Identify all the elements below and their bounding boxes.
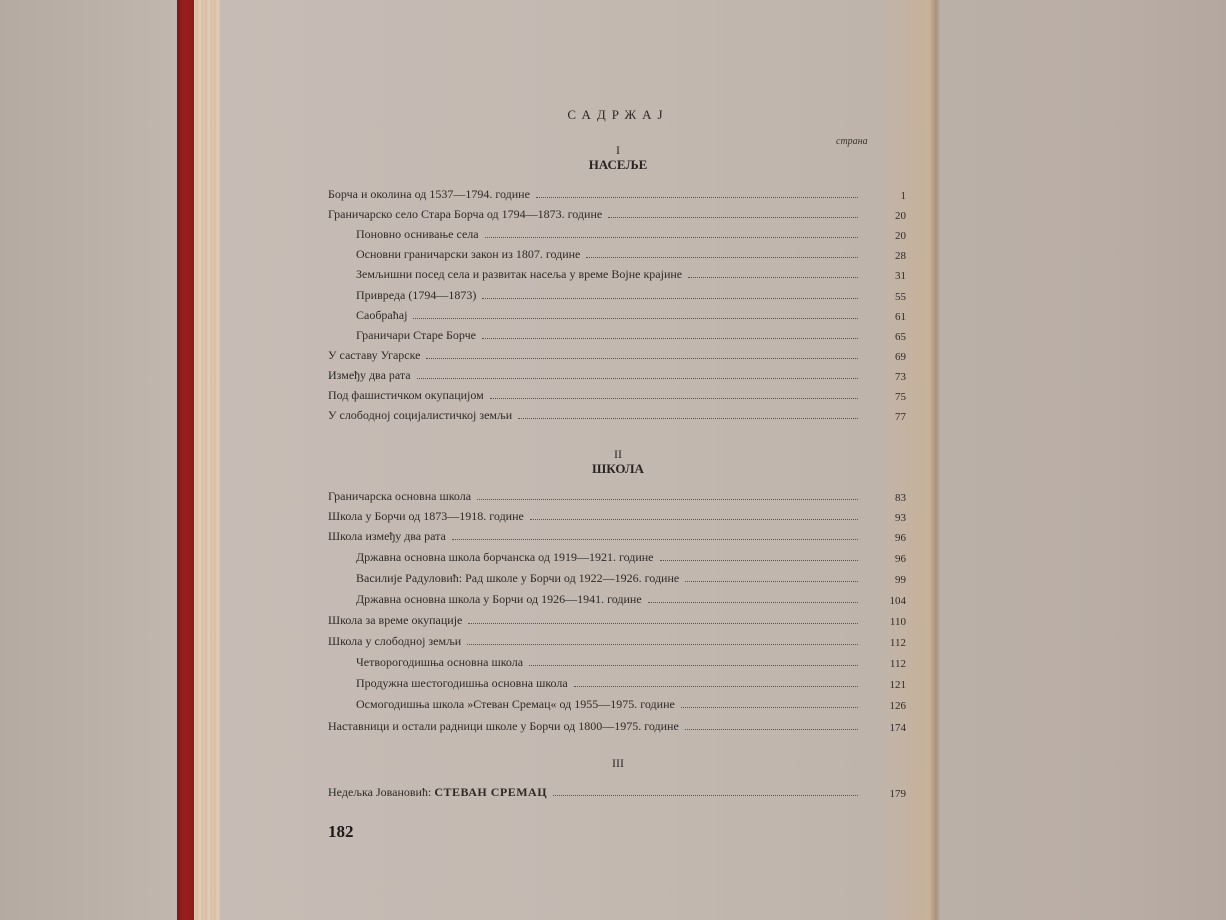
toc-entry: Државна основна школа у Борчи од 1926—19…	[328, 589, 906, 607]
toc-entry: Граничарска основна школа83	[328, 486, 906, 504]
dot-leader	[553, 794, 858, 796]
dot-leader	[518, 417, 858, 419]
dot-leader	[482, 337, 858, 339]
dot-leader	[426, 357, 858, 359]
right-page	[940, 0, 1226, 920]
toc-entry: Граничари Старе Борче65	[328, 325, 906, 343]
toc-entry: Школа између два рата96	[328, 526, 906, 544]
toc-entry: Борча и околина од 1537—1794. године1	[328, 184, 906, 202]
toc-entry: Поновно оснивање села20	[328, 224, 906, 242]
part-title: ШКОЛА	[328, 461, 908, 477]
dot-leader	[529, 664, 858, 666]
dot-leader	[452, 538, 858, 540]
toc-entry: Саобраћај61	[328, 305, 906, 323]
part-title: НАСЕЉЕ	[328, 157, 908, 173]
author-name: Недељка Јовановић:	[328, 785, 434, 799]
dot-leader	[413, 317, 858, 319]
toc-entry: У саставу Угарске69	[328, 345, 906, 363]
dot-leader	[417, 377, 858, 379]
dot-leader	[574, 685, 858, 687]
toc-entry: Школа у слободној земљи112	[328, 631, 906, 649]
toc-entry: Државна основна школа борчанска од 1919—…	[328, 547, 906, 565]
dot-leader	[536, 196, 858, 198]
dot-leader	[660, 559, 859, 561]
book-cover-edge	[177, 0, 194, 920]
part-number: I	[328, 143, 908, 158]
book-gutter	[930, 0, 940, 920]
dot-leader	[681, 706, 858, 708]
toc-entry: Школа у Борчи од 1873—1918. године93	[328, 506, 906, 524]
page-number: 182	[328, 822, 354, 842]
toc-entry: Привреда (1794—1873)55	[328, 285, 906, 303]
page-edges	[194, 0, 220, 920]
dot-leader	[485, 236, 858, 238]
toc-entry: Земљишни посед села и развитак насеља у …	[328, 264, 906, 282]
toc-entry: Недељка Јовановић: СТЕВАН СРЕМАЦ179	[328, 782, 906, 800]
toc-entry: Продужна шестогодишња основна школа121	[328, 673, 906, 691]
background-surface	[0, 0, 178, 920]
dot-leader	[685, 580, 858, 582]
toc-title: САДРЖАЈ	[328, 107, 908, 123]
dot-leader	[586, 256, 858, 258]
dot-leader	[467, 643, 858, 645]
part-number: III	[328, 756, 908, 771]
dot-leader	[530, 518, 858, 520]
dot-leader	[688, 276, 858, 278]
toc-entry: Василије Радуловић: Рад школе у Борчи од…	[328, 568, 906, 586]
dot-leader	[648, 601, 858, 603]
dot-leader	[468, 622, 858, 624]
toc-entry: Између два рата73	[328, 365, 906, 383]
toc-entry: Основни граничарски закон из 1807. годин…	[328, 244, 906, 262]
toc-entry: Школа за време окупације110	[328, 610, 906, 628]
dot-leader	[490, 397, 858, 399]
part-number: II	[328, 447, 908, 462]
dot-leader	[608, 216, 858, 218]
toc-entry: Под фашистичком окупацијом75	[328, 385, 906, 403]
dot-leader	[482, 297, 858, 299]
toc-entry: У слободној социјалистичкој земљи77	[328, 405, 906, 423]
toc-entry: Граничарско село Стара Борча од 1794—187…	[328, 204, 906, 222]
work-title: СТЕВАН СРЕМАЦ	[434, 785, 547, 799]
toc-entry: Осмогодишња школа »Стеван Сремац« од 195…	[328, 694, 906, 712]
dot-leader	[685, 728, 858, 730]
dot-leader	[477, 498, 858, 500]
toc-entry: Наставници и остали радници школе у Борч…	[328, 716, 906, 734]
toc-entry: Четворогодишња основна школа112	[328, 652, 906, 670]
